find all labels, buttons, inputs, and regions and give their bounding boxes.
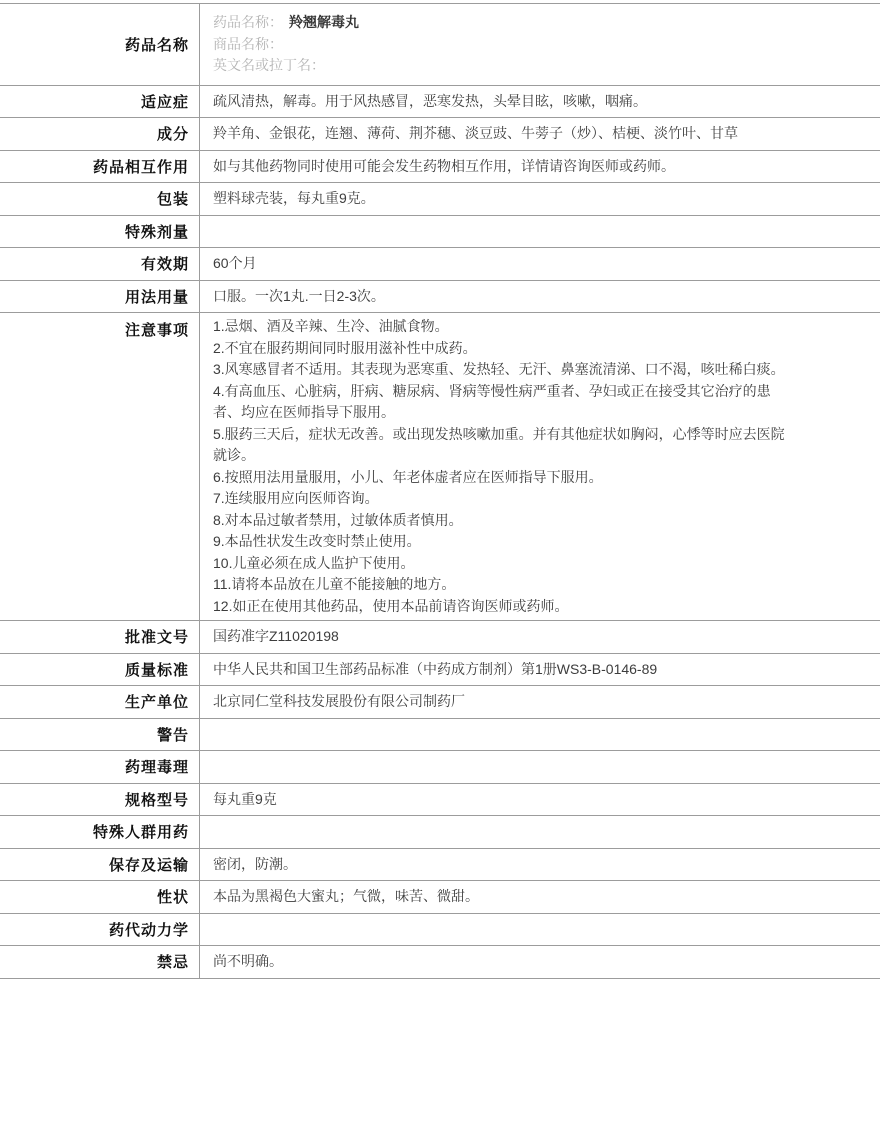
row-content-text: 每丸重9克: [213, 789, 868, 811]
row-content: 如与其他药物同时使用可能会发生药物相互作用，详情请咨询医师或药师。: [200, 151, 880, 183]
row-content-text: 北京同仁堂科技发展股份有限公司制药厂: [213, 691, 868, 713]
table-row-special-dosage: 特殊剂量: [0, 215, 880, 248]
row-content-text: 尚不明确。: [213, 951, 868, 973]
row-label: 保存及运输: [0, 849, 200, 881]
row-content-drug-name: 药品名称：羚翘解毒丸 商品名称： 英文名或拉丁名：: [200, 4, 880, 85]
row-label: 用法用量: [0, 281, 200, 313]
row-content: 尚不明确。: [200, 946, 880, 978]
trade-name-field: 商品名称：: [213, 34, 868, 56]
row-label: 药代动力学: [0, 914, 200, 946]
row-label: 生产单位: [0, 686, 200, 718]
row-label: 质量标准: [0, 654, 200, 686]
row-content-text: 密闭，防潮。: [213, 854, 868, 876]
row-content: [200, 216, 880, 248]
table-row-pharmacology-toxicology: 药理毒理: [0, 750, 880, 783]
table-row-special-populations: 特殊人群用药: [0, 815, 880, 848]
drug-name-field: 药品名称：羚翘解毒丸: [213, 12, 868, 34]
table-row-quality-standard: 质量标准 中华人民共和国卫生部药品标准（中药成方制剂）第1册WS3-B-0146…: [0, 653, 880, 686]
table-row-drug-interactions: 药品相互作用 如与其他药物同时使用可能会发生药物相互作用，详情请咨询医师或药师。: [0, 150, 880, 183]
table-row-appearance: 性状 本品为黑褐色大蜜丸；气微，味苦、微甜。: [0, 880, 880, 913]
table-row-packaging: 包装 塑料球壳装，每丸重9克。: [0, 182, 880, 215]
row-content: 每丸重9克: [200, 784, 880, 816]
drug-name-field-label: 药品名称：: [213, 14, 283, 30]
row-content: 塑料球壳装，每丸重9克。: [200, 183, 880, 215]
row-label: 规格型号: [0, 784, 200, 816]
trade-name-field-label: 商品名称：: [213, 36, 283, 52]
row-content-text: 60个月: [213, 253, 868, 275]
row-content-text: 国药准字Z11020198: [213, 626, 868, 648]
row-content-text: [213, 221, 868, 243]
english-name-field: 英文名或拉丁名：: [213, 55, 868, 77]
row-label: 注意事项: [0, 313, 200, 620]
table-row-precautions: 注意事项 1.忌烟、酒及辛辣、生冷、油腻食物。 2.不宜在服药期间同时服用滋补性…: [0, 312, 880, 620]
row-label: 药理毒理: [0, 751, 200, 783]
drug-name-field-value: 羚翘解毒丸: [289, 14, 359, 30]
table-row-storage-transport: 保存及运输 密闭，防潮。: [0, 848, 880, 881]
row-content-text: 口服。一次1丸.一日2-3次。: [213, 286, 868, 308]
table-row-indications: 适应症 疏风清热，解毒。用于风热感冒，恶寒发热，头晕目眩，咳嗽，咽痛。: [0, 85, 880, 118]
row-label: 警告: [0, 719, 200, 751]
row-content-text: [213, 821, 868, 843]
row-label: 特殊剂量: [0, 216, 200, 248]
row-content: [200, 914, 880, 946]
table-row-dosage-usage: 用法用量 口服。一次1丸.一日2-3次。: [0, 280, 880, 313]
row-content-text: 如与其他药物同时使用可能会发生药物相互作用，详情请咨询医师或药师。: [213, 156, 868, 178]
row-content: 国药准字Z11020198: [200, 621, 880, 653]
table-row-contraindications: 禁忌 尚不明确。: [0, 945, 880, 978]
row-content: [200, 816, 880, 848]
row-label: 包装: [0, 183, 200, 215]
english-name-field-label: 英文名或拉丁名：: [213, 57, 325, 73]
table-row-specification: 规格型号 每丸重9克: [0, 783, 880, 816]
row-content: 北京同仁堂科技发展股份有限公司制药厂: [200, 686, 880, 718]
row-label: 性状: [0, 881, 200, 913]
row-content-text: 1.忌烟、酒及辛辣、生冷、油腻食物。 2.不宜在服药期间同时服用滋补性中成药。 …: [213, 316, 788, 617]
row-label: 批准文号: [0, 621, 200, 653]
row-content-text: [213, 919, 868, 941]
row-label: 药品相互作用: [0, 151, 200, 183]
table-row-warning: 警告: [0, 718, 880, 751]
row-label: 禁忌: [0, 946, 200, 978]
row-content: [200, 719, 880, 751]
table-row-approval-number: 批准文号 国药准字Z11020198: [0, 620, 880, 653]
row-content: 1.忌烟、酒及辛辣、生冷、油腻食物。 2.不宜在服药期间同时服用滋补性中成药。 …: [200, 313, 880, 620]
row-content-text: [213, 756, 868, 778]
row-label: 成分: [0, 118, 200, 150]
row-content: 羚羊角、金银花，连翘、薄荷、荆芥穗、淡豆豉、牛蒡子（炒）、桔梗、淡竹叶、甘草: [200, 118, 880, 150]
drug-info-page: 药品名称 药品名称：羚翘解毒丸 商品名称： 英文名或拉丁名： 适应症 疏风清热，…: [0, 0, 880, 1130]
row-label: 特殊人群用药: [0, 816, 200, 848]
table-row-pharmacokinetics: 药代动力学: [0, 913, 880, 946]
row-content: 密闭，防潮。: [200, 849, 880, 881]
row-content: 中华人民共和国卫生部药品标准（中药成方制剂）第1册WS3-B-0146-89: [200, 654, 880, 686]
row-content: [200, 751, 880, 783]
row-content-text: 塑料球壳装，每丸重9克。: [213, 188, 868, 210]
row-content: 口服。一次1丸.一日2-3次。: [200, 281, 880, 313]
row-content: 疏风清热，解毒。用于风热感冒，恶寒发热，头晕目眩，咳嗽，咽痛。: [200, 86, 880, 118]
table-row-drug-name: 药品名称 药品名称：羚翘解毒丸 商品名称： 英文名或拉丁名：: [0, 4, 880, 85]
row-content: 本品为黑褐色大蜜丸；气微，味苦、微甜。: [200, 881, 880, 913]
drug-info-table: 药品名称 药品名称：羚翘解毒丸 商品名称： 英文名或拉丁名： 适应症 疏风清热，…: [0, 3, 880, 979]
row-label: 适应症: [0, 86, 200, 118]
table-row-ingredients: 成分 羚羊角、金银花，连翘、薄荷、荆芥穗、淡豆豉、牛蒡子（炒）、桔梗、淡竹叶、甘…: [0, 117, 880, 150]
table-row-manufacturer: 生产单位 北京同仁堂科技发展股份有限公司制药厂: [0, 685, 880, 718]
row-label: 有效期: [0, 248, 200, 280]
table-row-shelf-life: 有效期 60个月: [0, 247, 880, 280]
row-content-text: [213, 724, 868, 746]
row-content-text: 羚羊角、金银花，连翘、薄荷、荆芥穗、淡豆豉、牛蒡子（炒）、桔梗、淡竹叶、甘草: [213, 123, 868, 145]
row-content: 60个月: [200, 248, 880, 280]
row-content-text: 中华人民共和国卫生部药品标准（中药成方制剂）第1册WS3-B-0146-89: [213, 659, 868, 681]
row-label-drug-name: 药品名称: [0, 4, 200, 85]
row-content-text: 本品为黑褐色大蜜丸；气微，味苦、微甜。: [213, 886, 868, 908]
row-content-text: 疏风清热，解毒。用于风热感冒，恶寒发热，头晕目眩，咳嗽，咽痛。: [213, 91, 868, 113]
